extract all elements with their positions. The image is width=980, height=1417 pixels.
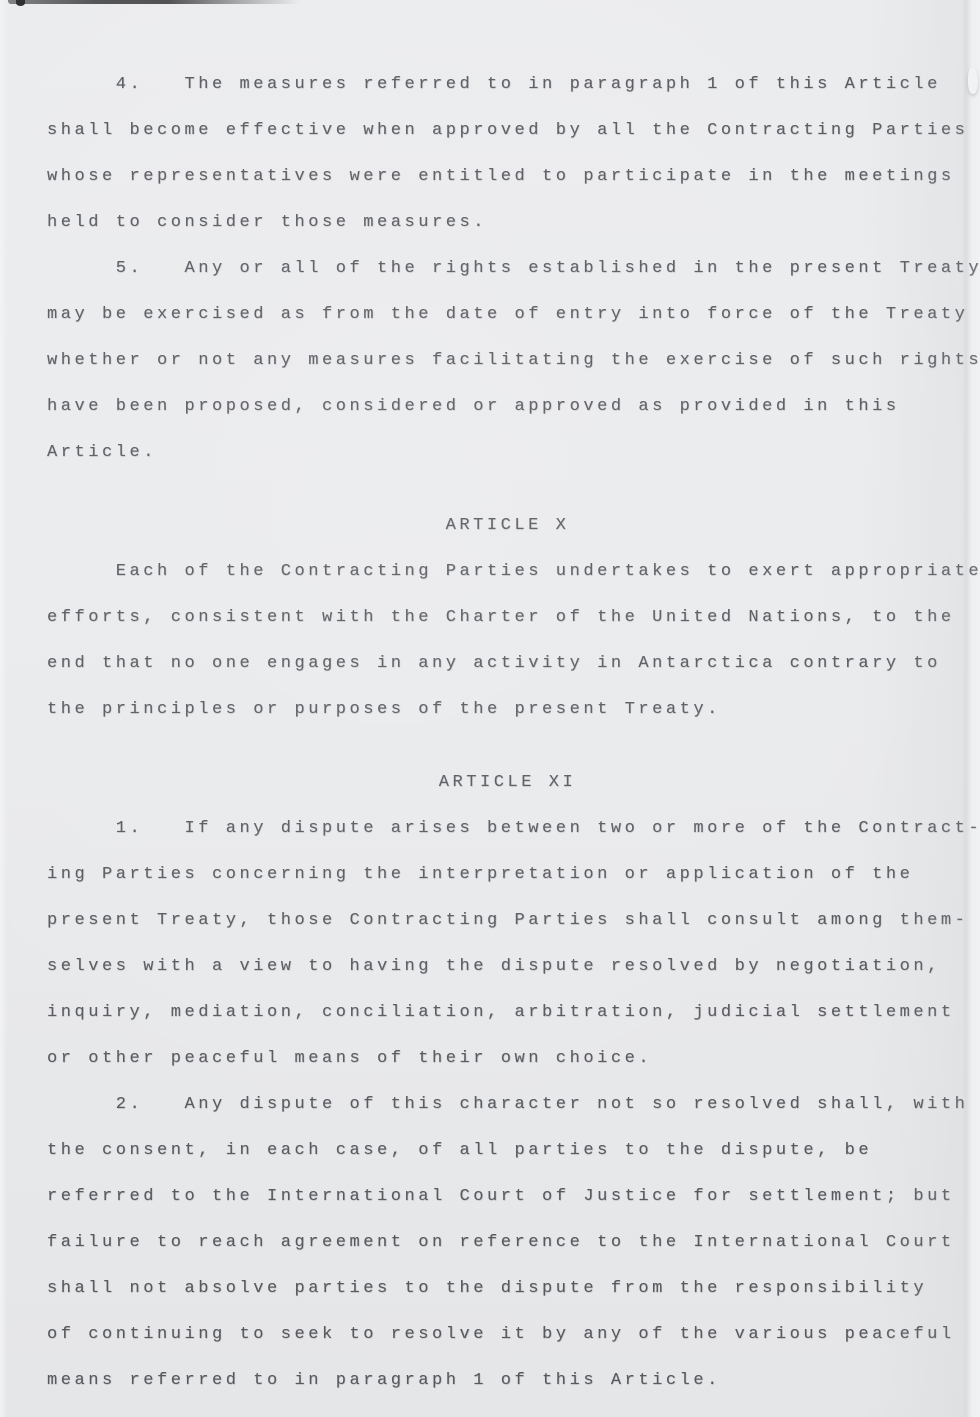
document-page: 4. The measures referred to in paragraph… <box>0 0 980 1417</box>
article-x-paragraph: Each of the Contracting Parties undertak… <box>47 549 980 733</box>
article-xi-paragraph-2: 2. Any dispute of this character not so … <box>47 1082 980 1404</box>
article-xi-heading: ARTICLE XI <box>47 760 968 806</box>
treaty-text: 4. The measures referred to in paragraph… <box>0 0 980 1404</box>
paragraph-5: 5. Any or all of the rights established … <box>47 246 980 476</box>
article-x-heading: ARTICLE X <box>47 503 968 549</box>
paragraph-4: 4. The measures referred to in paragraph… <box>47 62 980 246</box>
article-xi-paragraph-1: 1. If any dispute arises between two or … <box>47 806 980 1082</box>
